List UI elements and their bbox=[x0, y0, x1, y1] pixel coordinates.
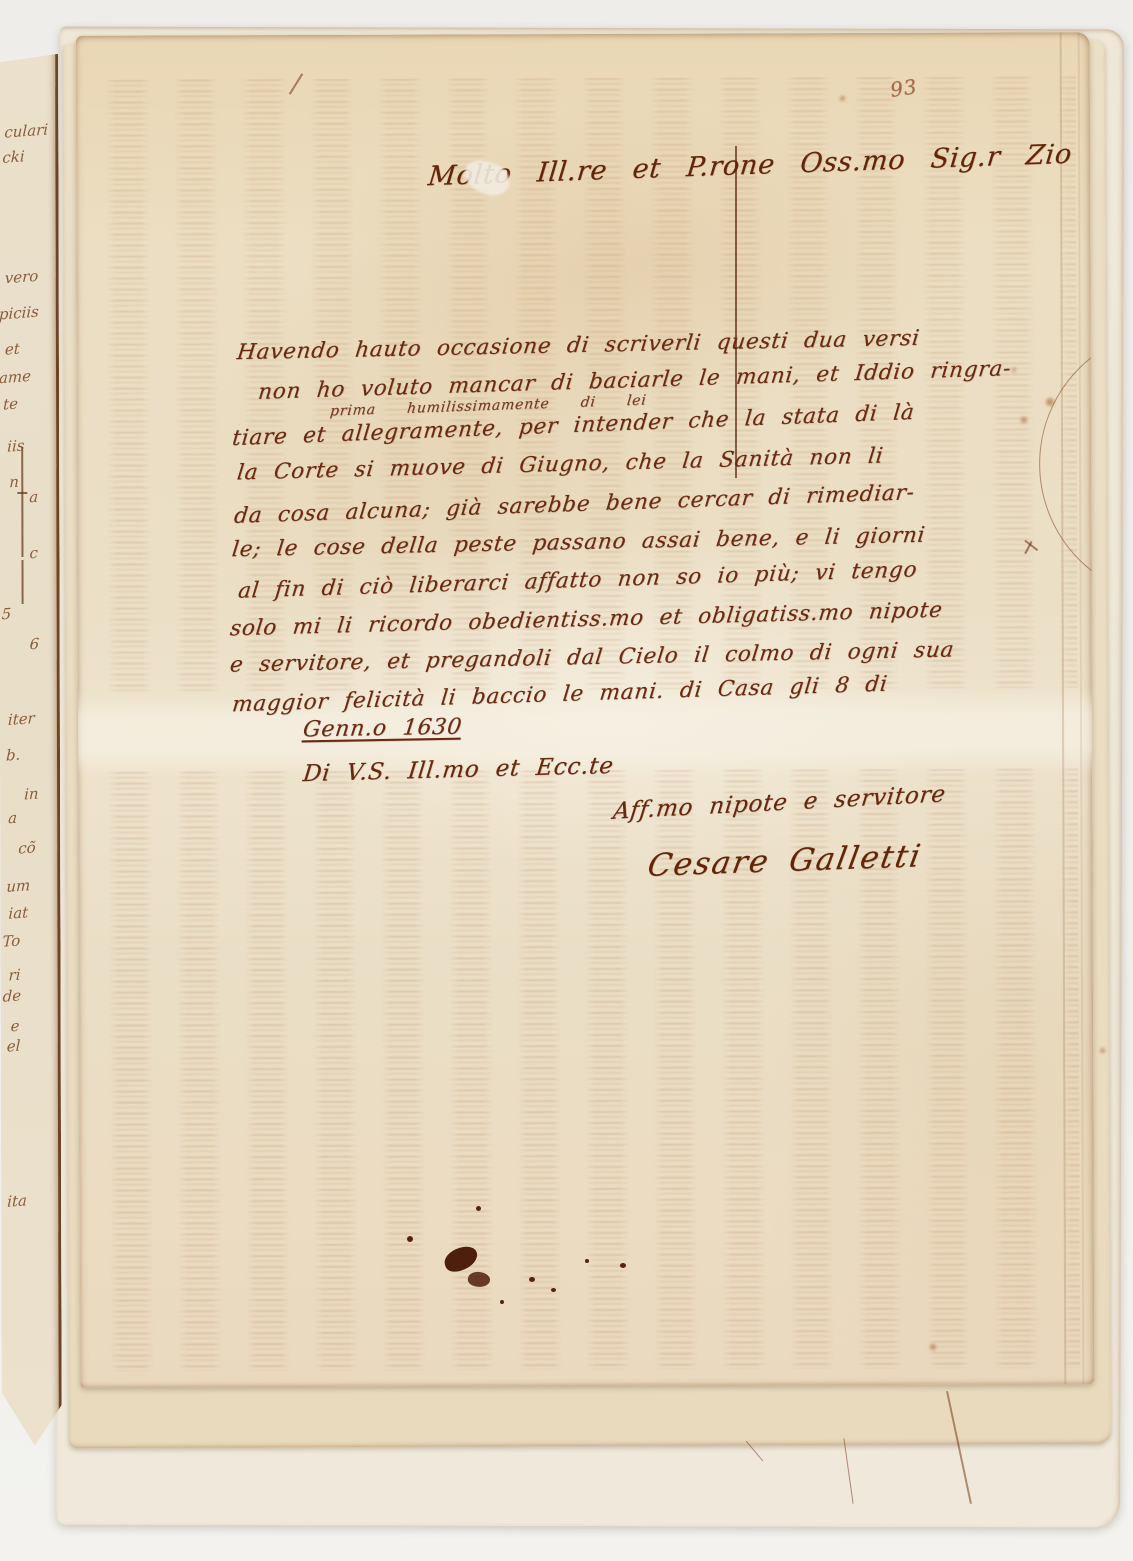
margin-fragment: a bbox=[8, 809, 18, 828]
ink-speck bbox=[551, 1288, 556, 1292]
foxing-spot bbox=[840, 96, 845, 101]
adjacent-page-edge: cularickiveropiciisetameteiisnac56iterb.… bbox=[0, 54, 62, 1454]
ink-speck bbox=[476, 1206, 481, 1211]
letter-sheet bbox=[76, 32, 1095, 1388]
margin-fragment: cki bbox=[2, 147, 25, 167]
fold-pale-band bbox=[78, 688, 1092, 778]
foxing-spot bbox=[930, 1344, 936, 1350]
margin-diagram-line bbox=[21, 447, 23, 557]
margin-fragment: vero bbox=[5, 267, 39, 288]
margin-fragment: ita bbox=[7, 1191, 27, 1211]
margin-fragment: b. bbox=[6, 745, 21, 764]
margin-fragment: iat bbox=[8, 903, 28, 923]
margin-fragment: in bbox=[24, 784, 39, 803]
foxing-spot bbox=[1021, 417, 1027, 423]
foxing-spot bbox=[1012, 368, 1016, 372]
ink-bleedthrough-upper bbox=[90, 76, 1078, 691]
margin-fragment: To bbox=[2, 931, 20, 950]
margin-fragment: a bbox=[29, 488, 39, 507]
margin-fragment: um bbox=[6, 876, 30, 896]
ink-bleedthrough-lower bbox=[92, 768, 1080, 1371]
margin-fragment: n bbox=[9, 473, 19, 492]
margin-fragment: iis bbox=[7, 436, 25, 455]
margin-fragment: ri bbox=[8, 966, 21, 985]
margin-fragment: piciis bbox=[0, 303, 39, 324]
foxing-spot bbox=[1100, 1048, 1105, 1053]
ink-speck bbox=[620, 1263, 626, 1268]
margin-fragment: ame bbox=[0, 367, 31, 387]
margin-fragment: c bbox=[29, 544, 38, 563]
margin-diagram-tick bbox=[17, 492, 27, 494]
manuscript-photo: cularickiveropiciisetameteiisnac56iterb.… bbox=[0, 0, 1133, 1561]
vertical-ink-stroke bbox=[735, 146, 737, 478]
margin-fragment: 6 bbox=[29, 635, 39, 654]
margin-fragment: e bbox=[10, 1017, 19, 1036]
ink-speck bbox=[585, 1259, 589, 1263]
ink-speck bbox=[529, 1277, 535, 1282]
ink-speck bbox=[407, 1236, 413, 1242]
margin-fragment: 5 bbox=[1, 605, 11, 624]
margin-fragment: iter bbox=[8, 709, 35, 729]
foxing-spot bbox=[1046, 398, 1054, 406]
margin-fragment: cõ bbox=[18, 838, 36, 857]
ink-speck bbox=[500, 1300, 504, 1304]
margin-fragment: de bbox=[2, 986, 21, 1005]
margin-diagram-line-2 bbox=[21, 560, 23, 604]
margin-fragment: te bbox=[3, 394, 18, 413]
margin-fragment: el bbox=[6, 1037, 20, 1056]
margin-fragment: culari bbox=[4, 120, 48, 141]
margin-fragment: et bbox=[5, 339, 20, 358]
